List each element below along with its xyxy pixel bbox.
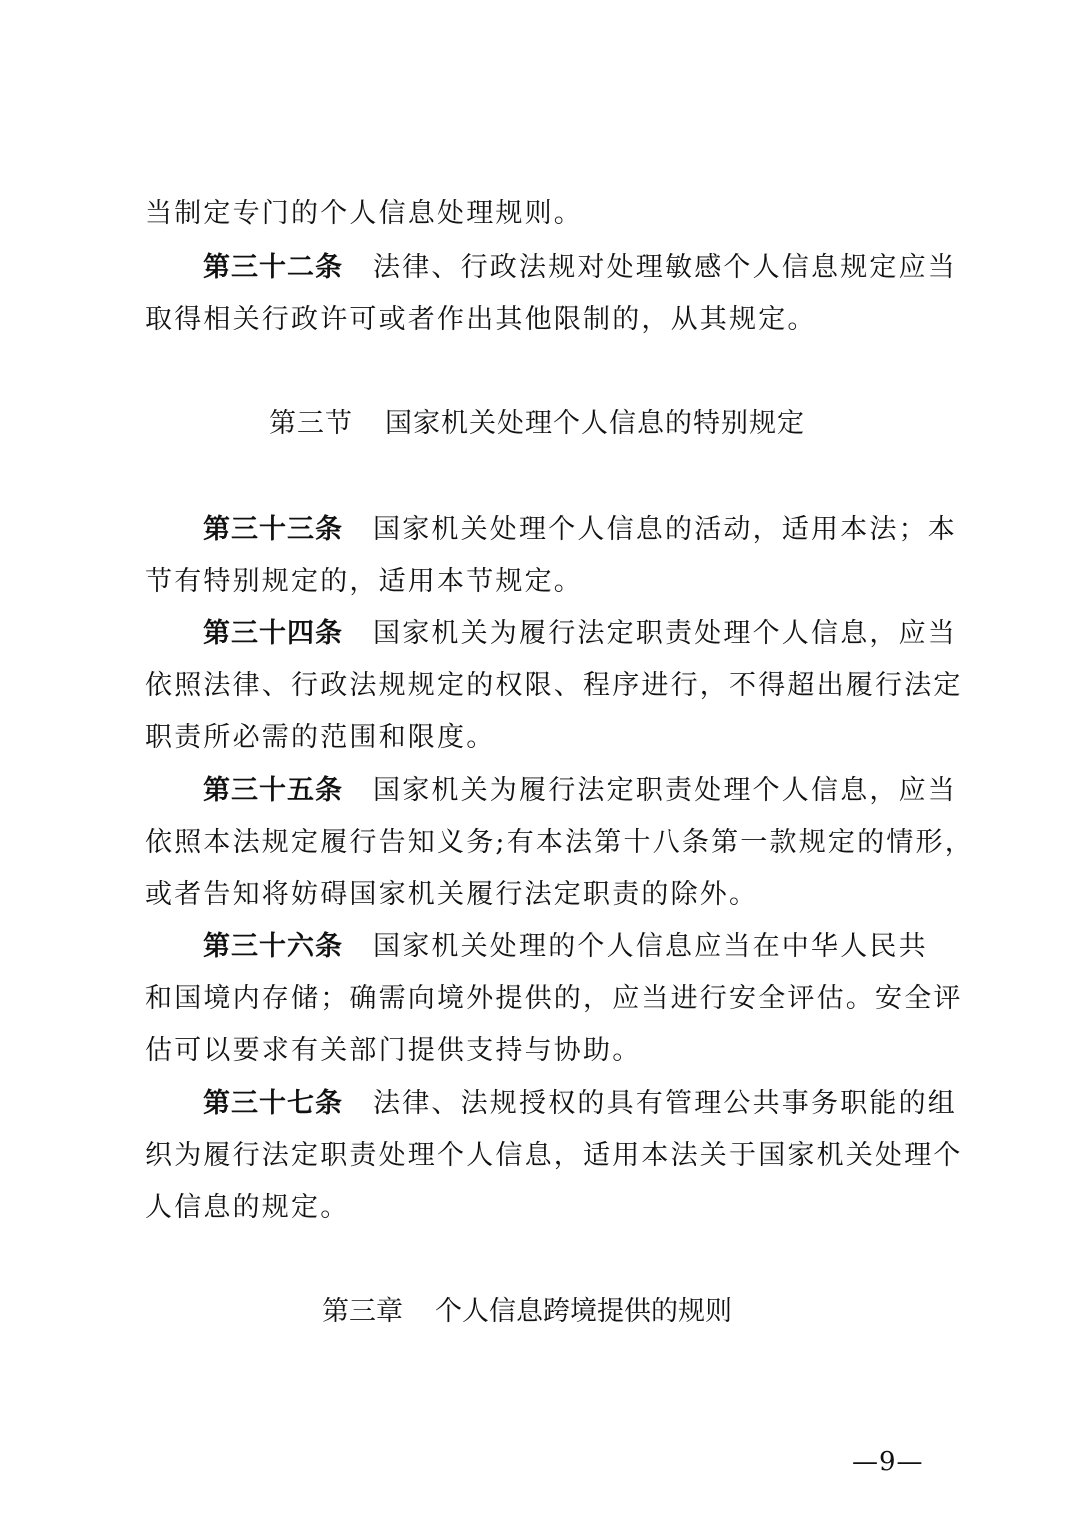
article-number: 第三十三条: [203, 514, 343, 545]
article-36-line: 估可以要求有关部门提供支持与协助。: [145, 1033, 945, 1069]
article-34-first-line: 第三十四条国家机关为履行法定职责处理个人信息，应当: [203, 616, 945, 652]
article-35-line: 或者告知将妨碍国家机关履行法定职责的除外。: [145, 877, 945, 913]
article-number: 第三十四条: [203, 618, 343, 649]
section-label: 第三节: [269, 408, 353, 439]
article-35-line: 依照本法规定履行告知义务;有本法第十八条第一款规定的情形，: [145, 825, 945, 861]
article-text: 国家机关处理个人信息的活动，适用本法；本: [373, 514, 957, 545]
article-text: 国家机关处理的个人信息应当在中华人民共: [373, 931, 928, 962]
chapter-label: 第三章: [322, 1296, 403, 1327]
section-title: 国家机关处理个人信息的特别规定: [385, 408, 805, 439]
article-text: 法律、行政法规对处理敏感个人信息规定应当: [373, 252, 957, 283]
document-page: 当制定专门的个人信息处理规则。 第三十二条法律、行政法规对处理敏感个人信息规定应…: [0, 0, 1074, 1520]
chapter-title: 个人信息跨境提供的规则: [435, 1296, 732, 1327]
article-32-first-line: 第三十二条法律、行政法规对处理敏感个人信息规定应当: [203, 250, 945, 286]
article-number: 第三十七条: [203, 1088, 343, 1119]
chapter-heading: 第三章个人信息跨境提供的规则: [0, 1294, 1064, 1330]
continuation-line: 当制定专门的个人信息处理规则。: [145, 196, 945, 232]
article-number: 第三十五条: [203, 775, 343, 806]
article-32-line: 取得相关行政许可或者作出其他限制的，从其规定。: [145, 302, 945, 338]
article-33-first-line: 第三十三条国家机关处理个人信息的活动，适用本法；本: [203, 512, 945, 548]
article-text: 国家机关为履行法定职责处理个人信息，应当: [373, 775, 957, 806]
section-heading: 第三节国家机关处理个人信息的特别规定: [0, 406, 1074, 442]
article-number: 第三十二条: [203, 252, 343, 283]
page-number: —9—: [852, 1446, 924, 1478]
article-36-line: 和国境内存储；确需向境外提供的，应当进行安全评估。安全评: [145, 981, 945, 1017]
article-34-line: 依照法律、行政法规规定的权限、程序进行，不得超出履行法定: [145, 668, 945, 704]
article-36-first-line: 第三十六条国家机关处理的个人信息应当在中华人民共: [203, 929, 945, 965]
article-37-line: 织为履行法定职责处理个人信息，适用本法关于国家机关处理个: [145, 1138, 945, 1174]
article-37-first-line: 第三十七条法律、法规授权的具有管理公共事务职能的组: [203, 1086, 945, 1122]
article-text: 法律、法规授权的具有管理公共事务职能的组: [373, 1088, 957, 1119]
article-text: 国家机关为履行法定职责处理个人信息，应当: [373, 618, 957, 649]
article-37-line: 人信息的规定。: [145, 1190, 945, 1226]
article-number: 第三十六条: [203, 931, 343, 962]
article-35-first-line: 第三十五条国家机关为履行法定职责处理个人信息，应当: [203, 773, 945, 809]
article-34-line: 职责所必需的范围和限度。: [145, 720, 945, 756]
article-33-line: 节有特别规定的，适用本节规定。: [145, 564, 945, 600]
